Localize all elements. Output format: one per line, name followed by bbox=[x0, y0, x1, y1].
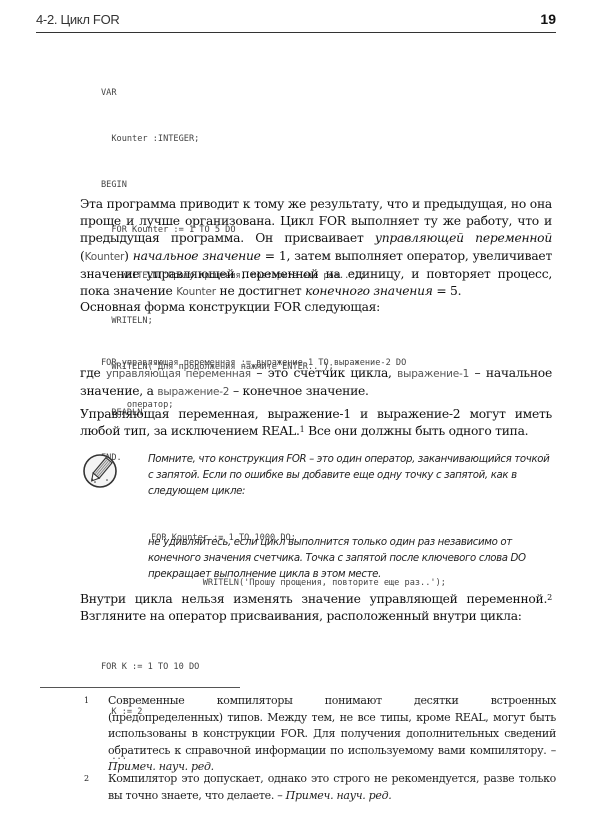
note-text-intro: Помните, что конструкция FOR – это один … bbox=[148, 452, 556, 500]
text: не достигнет bbox=[216, 284, 305, 298]
paragraph-for-explanation: Эта программа приводит к тому же результ… bbox=[80, 196, 552, 301]
italic-term: конечного значения bbox=[305, 284, 433, 298]
inline-code: выражение-2 bbox=[157, 386, 229, 398]
paragraph-basic-form: Основная форма конструкции FOR следующая… bbox=[80, 299, 552, 316]
italic-term: начальное значение bbox=[133, 249, 261, 263]
inline-code: Kounter bbox=[85, 251, 125, 263]
footnote-ref[interactable]: 1 bbox=[300, 425, 305, 434]
text: ) bbox=[124, 249, 133, 263]
code-line: FOR K := 1 TO 10 DO bbox=[101, 660, 199, 675]
text: где bbox=[80, 366, 106, 380]
footnote-text: Компилятор это допускает, однако это стр… bbox=[108, 771, 556, 804]
paragraph-types: Управляющая переменная, выражение-1 и вы… bbox=[80, 406, 552, 440]
footnote-1: 1 Современные компиляторы понимают десят… bbox=[84, 693, 556, 765]
section-title: 4-2. Цикл FOR bbox=[36, 12, 119, 27]
inline-code: выражение-1 bbox=[397, 368, 469, 380]
footnote-text: Современные компиляторы понимают десятки… bbox=[108, 693, 556, 776]
running-header: 4-2. Цикл FOR 19 bbox=[36, 10, 556, 33]
pencil-note-icon bbox=[81, 452, 119, 490]
italic-term: управляющей переменной bbox=[375, 231, 552, 245]
footnote-number: 1 bbox=[84, 693, 89, 710]
code-line: Kounter :INTEGER; bbox=[101, 132, 365, 147]
text: – это счетчик цикла, bbox=[251, 366, 397, 380]
code-line: BEGIN bbox=[101, 178, 365, 193]
text: Внутри цикла нельзя изменять значение уп… bbox=[80, 592, 547, 606]
inline-code: Kounter bbox=[176, 286, 216, 298]
footnote-ref[interactable]: 2 bbox=[547, 593, 552, 602]
footnote-number: 2 bbox=[84, 771, 89, 788]
note-text-warning: не удивляйтесь, если цикл выполнится тол… bbox=[148, 535, 556, 583]
inline-code: управляющая переменная bbox=[106, 368, 251, 380]
text: Все они должны быть одного типа. bbox=[305, 424, 529, 438]
page-number: 19 bbox=[540, 11, 556, 27]
paragraph-where: где управляющая переменная – это счетчик… bbox=[80, 365, 552, 401]
text: Современные компиляторы понимают десятки… bbox=[108, 694, 556, 757]
text: – конечное значение. bbox=[229, 384, 368, 398]
footnote-2: 2 Компилятор это допускает, однако это с… bbox=[84, 771, 556, 807]
text: Взгляните на оператор присваивания, расп… bbox=[80, 609, 522, 623]
editor-note: Примеч. науч. ред. bbox=[286, 789, 392, 802]
paragraph-inside-loop: Внутри цикла нельзя изменять значение уп… bbox=[80, 591, 552, 625]
footnote-divider bbox=[40, 687, 240, 688]
text: = 5. bbox=[433, 284, 462, 298]
code-line: VAR bbox=[101, 86, 365, 101]
